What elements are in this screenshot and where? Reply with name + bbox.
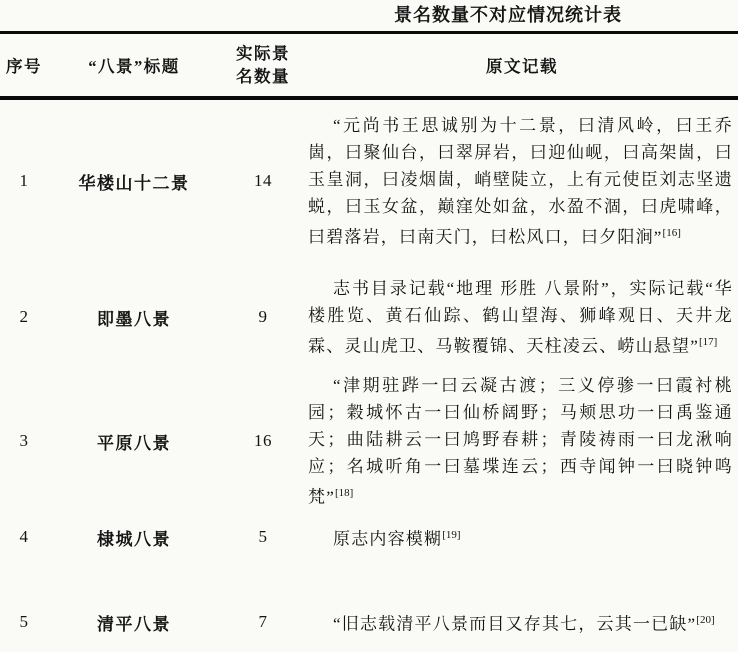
- table-title: 景名数量不对应情况统计表: [0, 0, 738, 28]
- row-record-cell: 原志内容模糊[19]: [306, 522, 738, 553]
- table-row: 3 平原八景 16 “津期驻跸一曰云凝古渡；三义停骖一曰霞衬桃园；穀城怀古一曰仙…: [0, 372, 738, 484]
- row-record-cell: “旧志载清平八景而目又存其七，云其一已缺”[20]: [306, 607, 738, 638]
- row-scene-title: 平原八景: [48, 429, 220, 454]
- row-record-text: 志书目录记载“地理 形胜 八景附”，实际记载“华楼胜览、黄石仙踪、鹤山望海、狮峰…: [308, 275, 733, 360]
- footnote-ref: [19]: [442, 529, 460, 541]
- row-scene-title: 华楼山十二景: [48, 169, 220, 194]
- row-record-cell: “元尚书王思诚别为十二景，曰清风岭，曰王乔崮，曰聚仙台，曰翠屏岩，曰迎仙岘，曰高…: [306, 112, 738, 251]
- table-row: 1 华楼山十二景 14 “元尚书王思诚别为十二景，曰清风岭，曰王乔崮，曰聚仙台，…: [0, 100, 738, 262]
- row-record-text: “元尚书王思诚别为十二景，曰清风岭，曰王乔崮，曰聚仙台，曰翠屏岩，曰迎仙岘，曰高…: [308, 112, 733, 251]
- table-row: 5 清平八景 7 “旧志载清平八景而目又存其七，云其一已缺”[20]: [0, 590, 738, 652]
- row-scene-count: 16: [220, 431, 306, 451]
- row-record-quote: “旧志载清平八景而目又存其七，云其一已缺”: [333, 614, 696, 633]
- row-record-cell: 志书目录记载“地理 形胜 八景附”，实际记载“华楼胜览、黄石仙踪、鹤山望海、狮峰…: [306, 275, 738, 360]
- header-record: 原文记载: [306, 53, 738, 77]
- row-index: 2: [0, 307, 48, 327]
- table-header-row: 序号 “八景”标题 实际景 名数量 原文记载: [0, 34, 738, 96]
- table-body: 1 华楼山十二景 14 “元尚书王思诚别为十二景，曰清风岭，曰王乔崮，曰聚仙台，…: [0, 100, 738, 652]
- row-record-text: “旧志载清平八景而目又存其七，云其一已缺”[20]: [308, 607, 733, 638]
- row-index: 3: [0, 431, 48, 451]
- row-index: 4: [0, 527, 48, 547]
- row-record-quote: “津期驻跸一曰云凝古渡；三义停骖一曰霞衬桃园；穀城怀古一曰仙桥阔野；马颊思功一曰…: [308, 376, 733, 507]
- row-scene-count: 5: [220, 527, 306, 547]
- row-record-cell: “津期驻跸一曰云凝古渡；三义停骖一曰霞衬桃园；穀城怀古一曰仙桥阔野；马颊思功一曰…: [306, 372, 738, 511]
- footnote-ref: [17]: [699, 336, 717, 348]
- footnote-ref: [20]: [696, 614, 714, 626]
- row-record-quote: 志书目录记载“地理 形胜 八景附”，实际记载“华楼胜览、黄石仙踪、鹤山望海、狮峰…: [308, 279, 733, 356]
- row-index: 1: [0, 171, 48, 191]
- row-scene-title: 即墨八景: [48, 305, 220, 330]
- row-record-text: 原志内容模糊[19]: [308, 522, 733, 553]
- row-scene-count: 7: [220, 612, 306, 632]
- row-record-text: “津期驻跸一曰云凝古渡；三义停骖一曰霞衬桃园；穀城怀古一曰仙桥阔野；马颊思功一曰…: [308, 372, 733, 511]
- header-count-line2: 名数量: [220, 65, 306, 88]
- footnote-ref: [18]: [335, 487, 353, 499]
- header-count-line1: 实际景: [220, 42, 306, 65]
- header-scene-title: “八景”标题: [48, 53, 220, 77]
- row-scene-count: 14: [220, 171, 306, 191]
- row-scene-count: 9: [220, 307, 306, 327]
- document-page: 景名数量不对应情况统计表 序号 “八景”标题 实际景 名数量 原文记载 1 华楼…: [0, 0, 738, 652]
- row-scene-title: 清平八景: [48, 610, 220, 635]
- row-record-quote: 原志内容模糊: [333, 529, 442, 548]
- footnote-ref: [16]: [663, 227, 681, 239]
- row-index: 5: [0, 612, 48, 632]
- table-row: 2 即墨八景 9 志书目录记载“地理 形胜 八景附”，实际记载“华楼胜览、黄石仙…: [0, 262, 738, 372]
- header-count: 实际景 名数量: [220, 42, 306, 88]
- header-index: 序号: [0, 53, 48, 77]
- row-scene-title: 棣城八景: [48, 525, 220, 550]
